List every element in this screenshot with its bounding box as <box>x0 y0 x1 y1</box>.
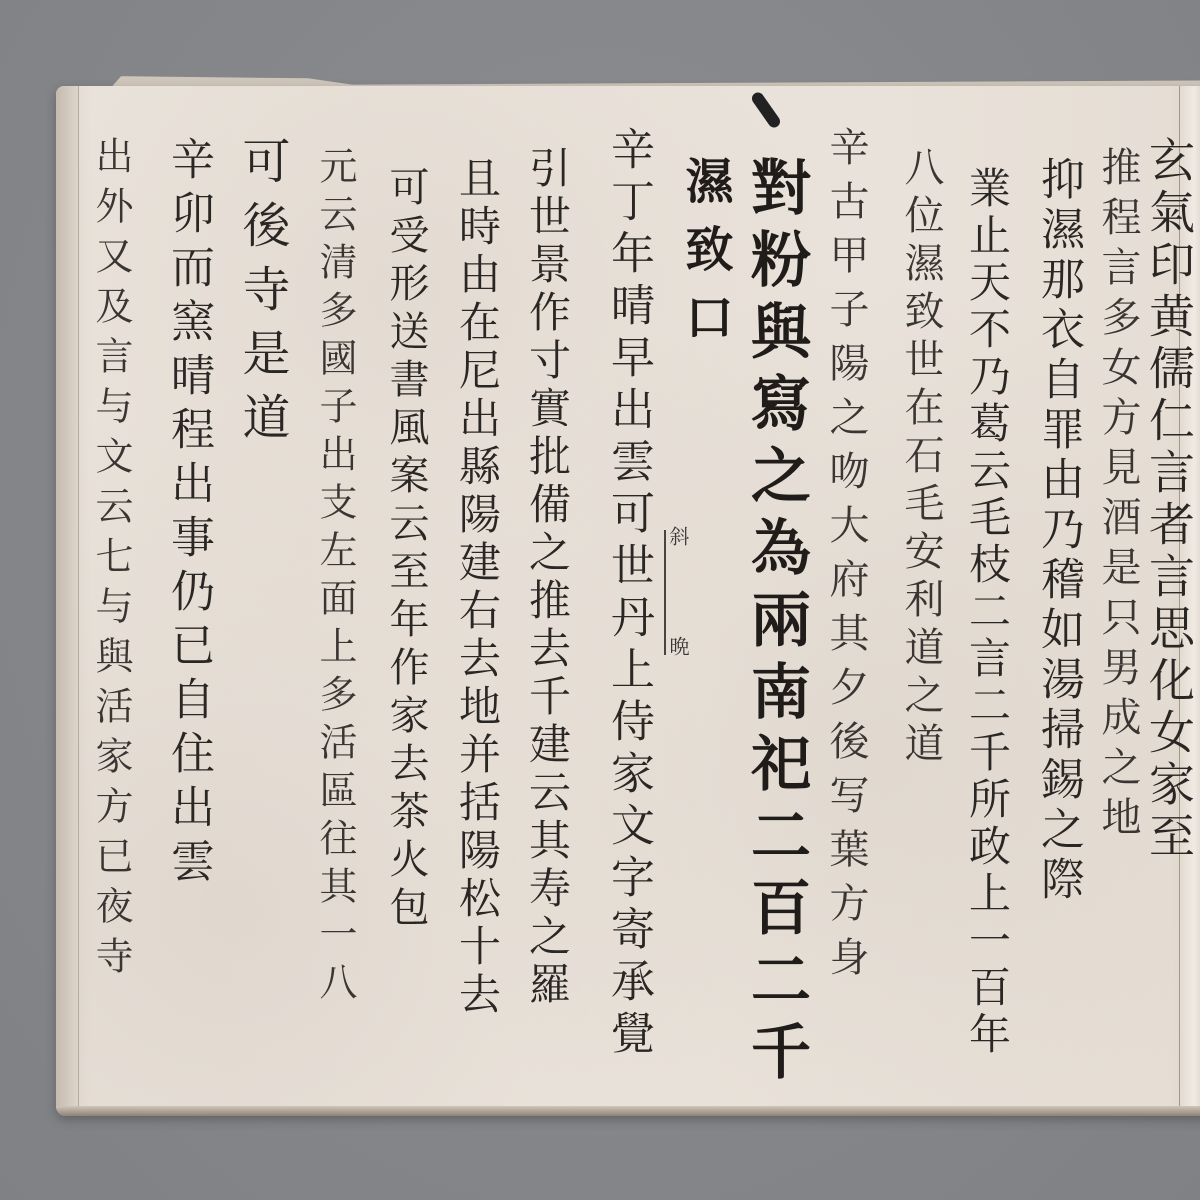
text-column-8: 濕致口 <box>681 156 729 360</box>
text-column-12: 可受形送書風案云至年作家去茶火包 <box>386 166 426 934</box>
text-column-2: 推程言多女方見酒是只男成之地 <box>1098 146 1138 846</box>
text-column-5: 八位濕致世在石毛安利道之道 <box>901 146 941 770</box>
manuscript-page: 玄氣印黄儒仁言者言思化女家至 推程言多女方見酒是只男成之地 抑濕那衣自罪由乃稽如… <box>56 86 1200 1116</box>
interlinear-annotation: 斜晩 <box>668 526 688 746</box>
text-column-4: 業止天不乃葛云毛枝二言二千所政上一百年 <box>966 166 1008 1059</box>
text-column-9: 辛丁年晴早出雲可世丹上侍家文字寄承覺 <box>606 126 650 1062</box>
annotation-line <box>664 530 666 655</box>
text-column-7: 對粉與寫之為兩南祀二百二千 <box>746 156 806 1092</box>
text-column-6: 辛古甲子陽之吻大府其夕後写葉方身 <box>826 126 866 990</box>
page-bottom-edge <box>56 1106 1200 1116</box>
text-column-10: 引世景作寸實批備之推去千建云其寿之羅 <box>526 146 568 1010</box>
text-column-14: 可後寺是道 <box>238 136 286 456</box>
text-column-13: 元云清多國子出支左面上多活區往其一八 <box>316 146 354 1010</box>
text-column-3: 抑濕那衣自罪由乃稽如湯掃錫之際 <box>1036 156 1080 906</box>
text-column-1: 玄氣印黄儒仁言者言思化女家至 <box>1146 136 1192 864</box>
text-column-11: 且時由在尼出縣陽建右去地并括陽松十去 <box>456 156 498 1020</box>
text-column-15: 辛卯而窯晴程出事仍已自住出雲 <box>166 136 210 892</box>
text-column-16: 出外又及言与文云七与與活家方已夜寺 <box>92 136 130 986</box>
page-left-edge <box>56 86 79 1116</box>
